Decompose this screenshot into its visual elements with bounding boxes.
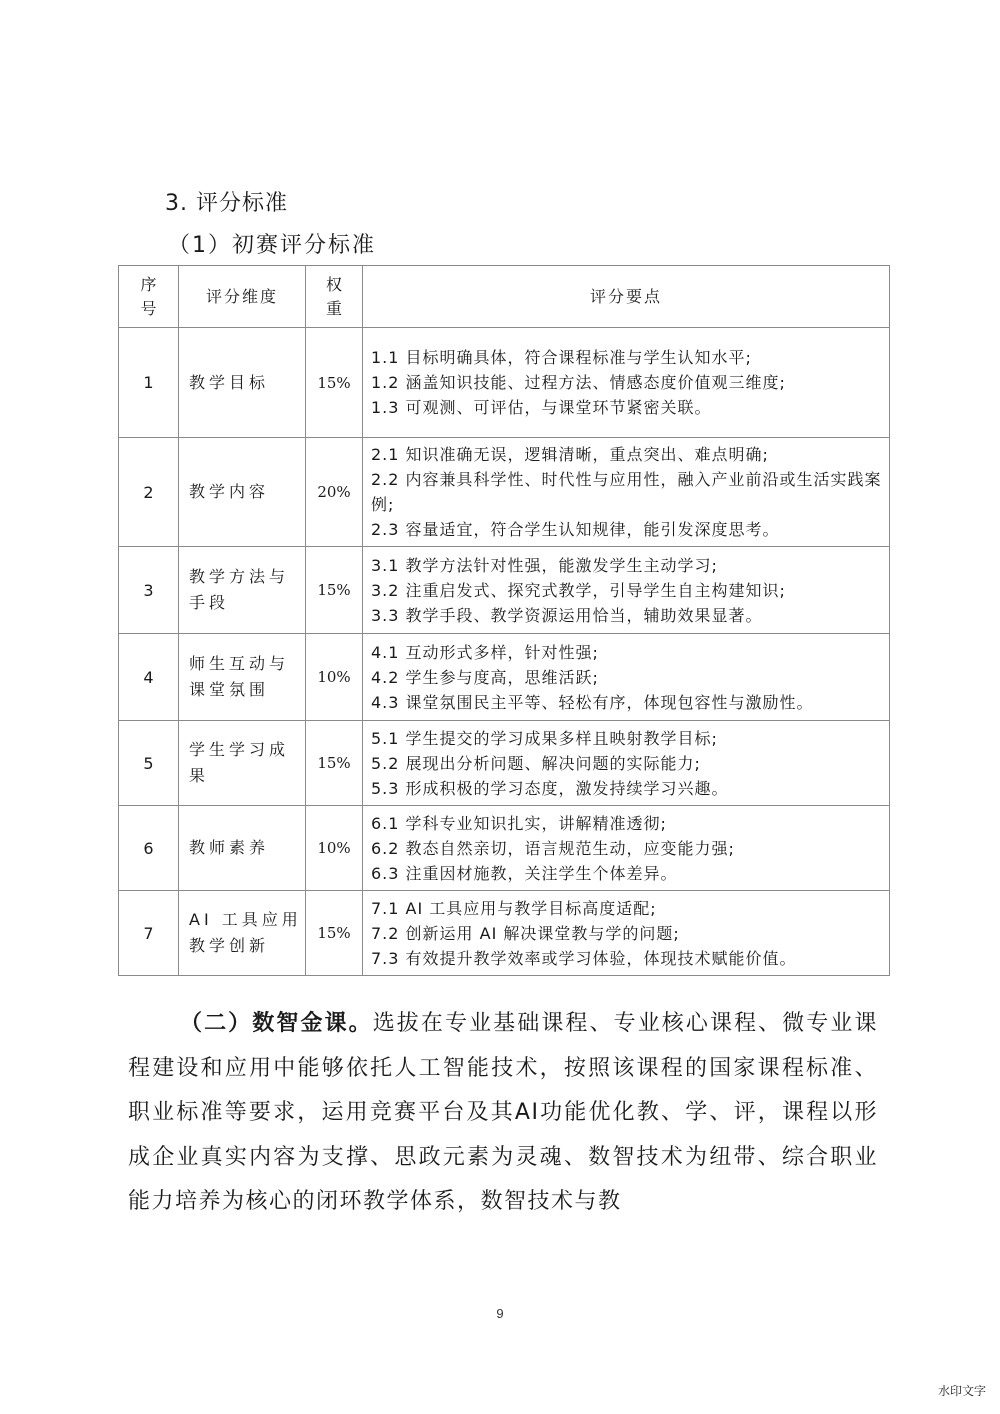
table-row: 2 教学内容 20% 2.1 知识准确无误，逻辑清晰，重点突出、难点明确; 2.…	[119, 438, 890, 547]
table-row: 5 学生学习成果 15% 5.1 学生提交的学习成果多样且映射教学目标; 5.2…	[119, 721, 890, 806]
row-weight: 10%	[306, 634, 363, 721]
point-item: 5.3 形成积极的学习态度，激发持续学习兴趣。	[371, 776, 883, 801]
row-weight: 15%	[306, 547, 363, 634]
point-item: 5.1 学生提交的学习成果多样且映射教学目标;	[371, 726, 883, 751]
row-weight: 15%	[306, 328, 363, 438]
point-item: 4.2 学生参与度高，思维活跃;	[371, 665, 883, 690]
scoring-criteria-table: 序 号 评分维度 权 重 评分要点 1 教学目标 15% 1.1 目标明确具体，…	[118, 265, 890, 976]
point-item: 3.3 教学手段、教学资源运用恰当，辅助效果显著。	[371, 603, 883, 628]
digital-golden-course-paragraph: （二）数智金课。选拔在专业基础课程、专业核心课程、微专业课程建设和应用中能够依托…	[128, 1002, 878, 1225]
point-item: 4.1 互动形式多样，针对性强;	[371, 640, 883, 665]
row-index: 1	[119, 328, 179, 438]
table-row: 6 教师素养 10% 6.1 学科专业知识扎实，讲解精准透彻; 6.2 教态自然…	[119, 806, 890, 891]
header-index: 序 号	[119, 266, 179, 328]
section-heading: 3. 评分标准	[165, 186, 288, 217]
table-row: 4 师生互动与课堂氛围 10% 4.1 互动形式多样，针对性强; 4.2 学生参…	[119, 634, 890, 721]
point-item: 2.1 知识准确无误，逻辑清晰，重点突出、难点明确;	[371, 442, 883, 467]
row-dimension: 教师素养	[179, 806, 306, 891]
table-row: 1 教学目标 15% 1.1 目标明确具体，符合课程标准与学生认知水平; 1.2…	[119, 328, 890, 438]
row-index: 4	[119, 634, 179, 721]
row-dimension: 教学内容	[179, 438, 306, 547]
paragraph-lead: （二）数智金课。	[180, 1011, 373, 1036]
page-number: 9	[0, 1306, 1000, 1321]
point-item: 5.2 展现出分析问题、解决问题的实际能力;	[371, 751, 883, 776]
row-weight: 10%	[306, 806, 363, 891]
point-item: 6.2 教态自然亲切，语言规范生动，应变能力强;	[371, 836, 883, 861]
table-row: 3 教学方法与手段 15% 3.1 教学方法针对性强，能激发学生主动学习; 3.…	[119, 547, 890, 634]
point-item: 3.2 注重启发式、探究式教学，引导学生自主构建知识;	[371, 578, 883, 603]
row-index: 3	[119, 547, 179, 634]
row-points: 2.1 知识准确无误，逻辑清晰，重点突出、难点明确; 2.2 内容兼具科学性、时…	[363, 438, 890, 547]
point-item: 7.1 AI 工具应用与教学目标高度适配;	[371, 896, 883, 921]
row-dimension: 教学方法与手段	[179, 547, 306, 634]
row-points: 4.1 互动形式多样，针对性强; 4.2 学生参与度高，思维活跃; 4.3 课堂…	[363, 634, 890, 721]
table-row: 7 AI 工具应用教学创新 15% 7.1 AI 工具应用与教学目标高度适配; …	[119, 891, 890, 976]
point-item: 1.3 可观测、可评估，与课堂环节紧密关联。	[371, 395, 883, 420]
row-points: 3.1 教学方法针对性强，能激发学生主动学习; 3.2 注重启发式、探究式教学，…	[363, 547, 890, 634]
paragraph-body: 选拔在专业基础课程、专业核心课程、微专业课程建设和应用中能够依托人工智能技术，按…	[128, 1011, 878, 1214]
point-item: 6.3 注重因材施教，关注学生个体差异。	[371, 861, 883, 886]
row-index: 2	[119, 438, 179, 547]
row-weight: 15%	[306, 891, 363, 976]
row-weight: 15%	[306, 721, 363, 806]
row-index: 6	[119, 806, 179, 891]
row-dimension: 师生互动与课堂氛围	[179, 634, 306, 721]
row-dimension: 学生学习成果	[179, 721, 306, 806]
header-weight: 权 重	[306, 266, 363, 328]
header-points: 评分要点	[363, 266, 890, 328]
point-item: 7.2 创新运用 AI 解决课堂教与学的问题;	[371, 921, 883, 946]
row-points: 5.1 学生提交的学习成果多样且映射教学目标; 5.2 展现出分析问题、解决问题…	[363, 721, 890, 806]
row-weight: 20%	[306, 438, 363, 547]
point-item: 1.1 目标明确具体，符合课程标准与学生认知水平;	[371, 345, 883, 370]
point-item: 3.1 教学方法针对性强，能激发学生主动学习;	[371, 553, 883, 578]
row-points: 6.1 学科专业知识扎实，讲解精准透彻; 6.2 教态自然亲切，语言规范生动，应…	[363, 806, 890, 891]
watermark-text: 水印文字	[938, 1382, 986, 1399]
point-item: 7.3 有效提升教学效率或学习体验，体现技术赋能价值。	[371, 946, 883, 971]
row-dimension: 教学目标	[179, 328, 306, 438]
row-points: 1.1 目标明确具体，符合课程标准与学生认知水平; 1.2 涵盖知识技能、过程方…	[363, 328, 890, 438]
subsection-heading: （1）初赛评分标准	[168, 228, 376, 259]
point-item: 2.3 容量适宜，符合学生认知规律，能引发深度思考。	[371, 517, 883, 542]
point-item: 6.1 学科专业知识扎实，讲解精准透彻;	[371, 811, 883, 836]
point-item: 4.3 课堂氛围民主平等、轻松有序，体现包容性与激励性。	[371, 690, 883, 715]
row-index: 7	[119, 891, 179, 976]
point-item: 1.2 涵盖知识技能、过程方法、情感态度价值观三维度;	[371, 370, 883, 395]
point-item: 2.2 内容兼具科学性、时代性与应用性，融入产业前沿或生活实践案例;	[371, 467, 883, 517]
row-dimension: AI 工具应用教学创新	[179, 891, 306, 976]
row-points: 7.1 AI 工具应用与教学目标高度适配; 7.2 创新运用 AI 解决课堂教与…	[363, 891, 890, 976]
row-index: 5	[119, 721, 179, 806]
header-dimension: 评分维度	[179, 266, 306, 328]
table-header-row: 序 号 评分维度 权 重 评分要点	[119, 266, 890, 328]
